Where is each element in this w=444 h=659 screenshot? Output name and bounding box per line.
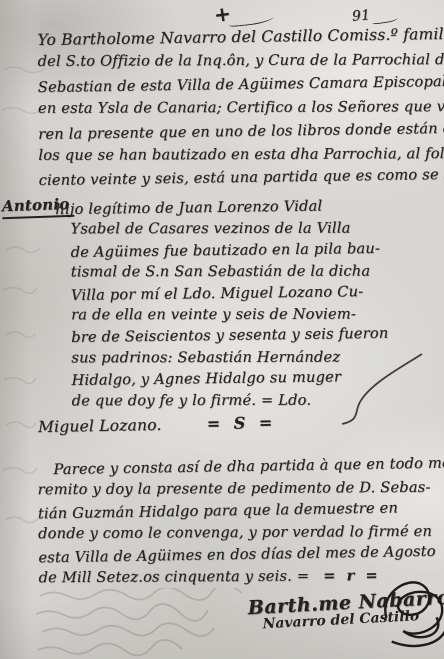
text-line: Villa por mí el Ldo. Miguel Lozano Cu- bbox=[71, 281, 376, 306]
text-line: bre de Seiscientos y sesenta y seis fuer… bbox=[71, 323, 376, 348]
closing-date-text: de Mill Setez.os cinquenta y seis. = bbox=[39, 568, 310, 587]
text-line: tismal de S.n San Sebastián de la dicha bbox=[71, 261, 376, 283]
manuscript-page: + 91 Yo Bartholome Navarro del Castillo … bbox=[0, 0, 444, 659]
text-line: Ysabel de Casares vezinos de la Villa bbox=[70, 218, 375, 240]
signature-rubric-flourish bbox=[376, 573, 444, 655]
certificate-closing-paragraph: Parece y consta así de dha partida à que… bbox=[37, 454, 444, 590]
priest-signature: Miguel Lozano. bbox=[38, 416, 162, 436]
text-line: hijo legítimo de Juan Lorenzo Vidal bbox=[55, 195, 375, 221]
notary-signature-block: Barth.me Nabarro Navarro del Castillo bbox=[247, 587, 444, 633]
rubric-flourish: = S = bbox=[207, 413, 277, 433]
certificate-opening-paragraph: Yo Bartholome Navarro del Castillo Comis… bbox=[37, 24, 444, 191]
text-line: en esta Ysla de Canaria; Certifico a los… bbox=[38, 95, 444, 120]
text-line: ra de ella en veinte y seis de Noviem- bbox=[71, 304, 376, 326]
text-line: de Agüimes fue bautizado en la pila bau- bbox=[70, 238, 375, 263]
closing-end-rubric: = r = bbox=[323, 565, 380, 587]
pen-flourish-stroke bbox=[330, 350, 430, 430]
folio-number: 91 bbox=[351, 7, 371, 25]
bleed-through-text-bottom bbox=[30, 588, 270, 658]
text-line: ciento veinte y seis, está una partida q… bbox=[38, 163, 444, 192]
baptism-record-paragraph: hijo legítimo de Juan Lorenzo Vidal Ysab… bbox=[55, 196, 376, 412]
priest-signature-line: Miguel Lozano. = S = bbox=[38, 412, 277, 438]
